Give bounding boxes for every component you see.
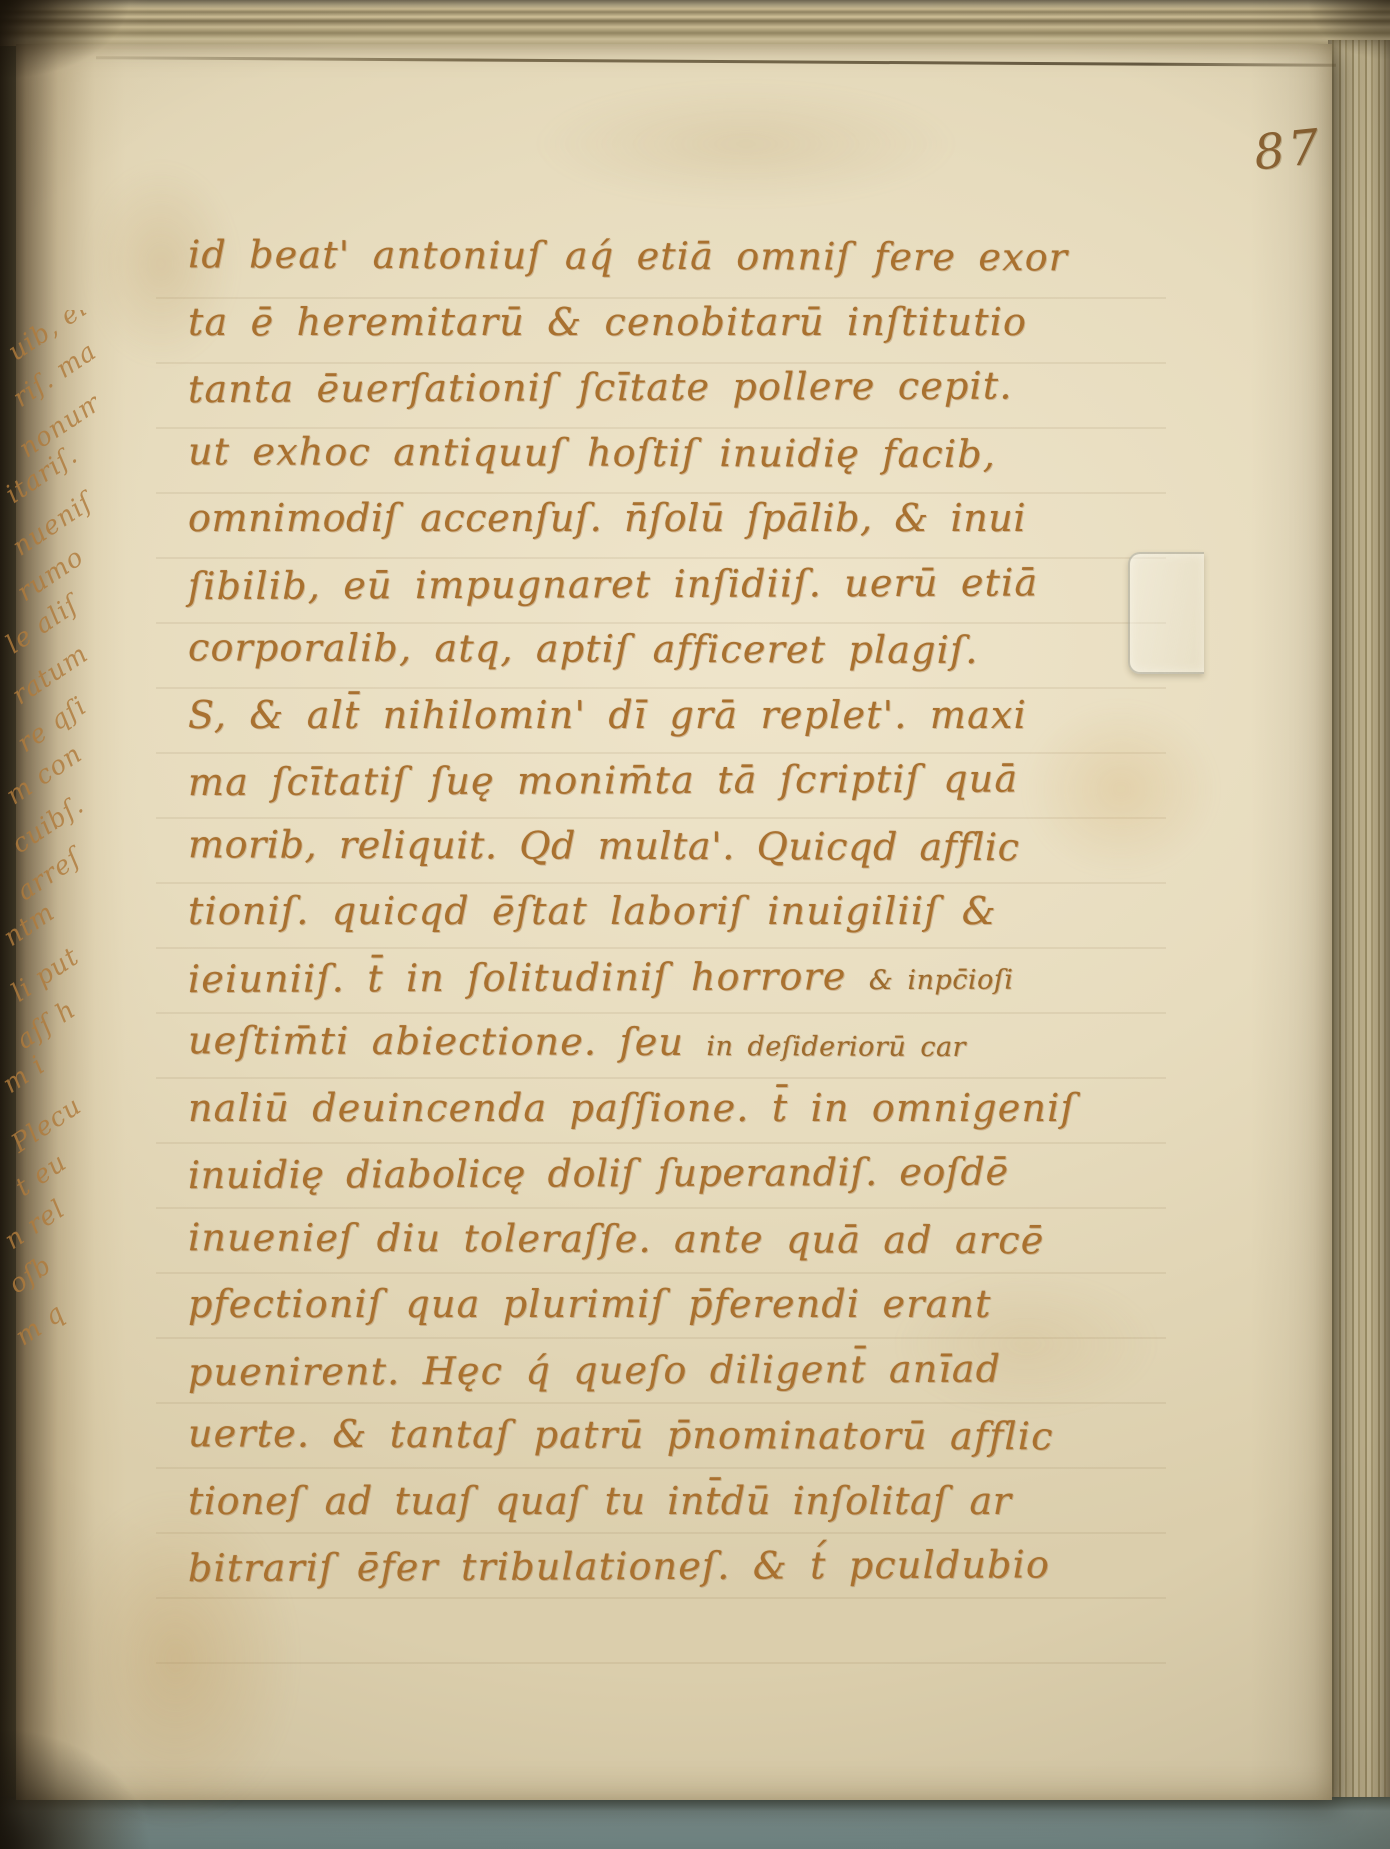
manuscript-text-line: tioniſ. quicqd ēſtat laboriſ inuigiliiſ … [188, 881, 1168, 947]
manuscript-text-segment: ſibilib, eū impugnaret inſidiiſ. uerū et… [188, 560, 1039, 608]
manuscript-text-segment: morib, reliquit. Qd multa'. Quicqd affli… [188, 822, 1020, 869]
manuscript-text-segment: ut exhoc antiquuſ hoſtiſ inuidię facib, [188, 429, 996, 476]
table-surface [0, 1797, 1390, 1849]
manuscript-text-line: ueſtim̄ti abiectione. ſeu in deſideriorū… [188, 1010, 1168, 1079]
manuscript-text-segment: ta ē heremitarū & cenobitarū inſtitutio [188, 300, 1027, 344]
manuscript-text-segment: ueſtim̄ti abiectione. ſeu [188, 1018, 707, 1064]
manuscript-text-segment: inuidię diabolicę doliſ ſuperandiſ. eoſd… [188, 1150, 1009, 1198]
manuscript-text-segment: S, & alt̄ nihilomin' dī grā replet'. max… [188, 693, 1027, 737]
manuscript-text-segment: pfectioniſ qua plurimiſ p̄ferendi erant [188, 1282, 992, 1326]
manuscript-text-line: S, & alt̄ nihilomin' dī grā replet'. max… [188, 685, 1168, 751]
manuscript-scan: 87 id beat' antoniuſ aq́ etiā omniſ fere… [0, 0, 1390, 1849]
parchment-stain [536, 84, 956, 204]
manuscript-text-line: ta ē heremitarū & cenobitarū inſtitutio [188, 292, 1168, 358]
manuscript-text-segment: inuenieſ diu toleraſſe. ante quā ad arcē [188, 1215, 1045, 1262]
manuscript-text-line: ma ſcītatiſ ſuę monim̄ta tā ſcriptiſ quā [188, 748, 1168, 818]
parchment-page: 87 id beat' antoniuſ aq́ etiā omniſ fere… [16, 44, 1332, 1800]
manuscript-text-segment: ma ſcītatiſ ſuę monim̄ta tā ſcriptiſ quā [188, 757, 1018, 805]
manuscript-text-segment: id beat' antoniuſ aq́ etiā omniſ fere ex… [188, 232, 1068, 279]
translucent-film-tab [1128, 552, 1204, 674]
book-fore-edge-pages [1328, 40, 1390, 1810]
manuscript-text-line: puenirent. Hęc q́ queſo diligent̄ anīad [188, 1337, 1168, 1407]
manuscript-text-line: corporalib, atq, aptiſ afficeret plagiſ. [188, 617, 1168, 686]
manuscript-text-line: bitrariſ ēfer tribulationeſ. & t́ pculdu… [188, 1534, 1168, 1604]
manuscript-text-segment: naliū deuincenda paſſione. t̄ in omnigen… [188, 1086, 1076, 1130]
manuscript-text-segment: tioneſ ad tuaſ quaſ tu int̄dū inſolitaſ … [188, 1479, 1012, 1523]
book-top-page-edges [0, 0, 1390, 46]
manuscript-text-segment: omnimodiſ accenſuſ. n̄ſolū ſpālib, & inu… [188, 496, 1026, 540]
manuscript-text-segment: ieiuniiſ. t̄ in ſolitudiniſ horrore [188, 954, 869, 1001]
manuscript-text-line: inuenieſ diu toleraſſe. ante quā ad arcē [188, 1207, 1168, 1276]
manuscript-text-line: pfectioniſ qua plurimiſ p̄ferendi erant [188, 1274, 1168, 1340]
manuscript-text-line: ſibilib, eū impugnaret inſidiiſ. uerū et… [188, 551, 1168, 621]
manuscript-text-line: id beat' antoniuſ aq́ etiā omniſ fere ex… [188, 224, 1168, 293]
manuscript-text-line: ieiuniiſ. t̄ in ſolitudiniſ horrore & in… [188, 944, 1168, 1014]
manuscript-text-segment: tanta ēuerſationiſ ſcītate pollere cepit… [188, 364, 1013, 412]
manuscript-text-segment: uerte. & tantaſ patrū p̄nominatorū affli… [188, 1411, 1054, 1458]
manuscript-text-segment: puenirent. Hęc q́ queſo diligent̄ anīad [188, 1346, 1001, 1394]
manuscript-text-line: naliū deuincenda paſſione. t̄ in omnigen… [188, 1078, 1168, 1144]
manuscript-text-line: tioneſ ad tuaſ quaſ tu int̄dū inſolitaſ … [188, 1471, 1168, 1537]
manuscript-text-segment: tioniſ. quicqd ēſtat laboriſ inuigiliiſ … [188, 889, 997, 933]
manuscript-text-segment: corporalib, atq, aptiſ afficeret plagiſ. [188, 625, 979, 672]
manuscript-small-abbreviation: in deſideriorū car [706, 1031, 966, 1063]
text-block: id beat' antoniuſ aq́ etiā omniſ fere ex… [188, 226, 1168, 1602]
manuscript-text-line: uerte. & tantaſ patrū p̄nominatorū affli… [188, 1403, 1168, 1472]
folio-number: 87 [1251, 119, 1326, 182]
manuscript-text-line: morib, reliquit. Qd multa'. Quicqd affli… [188, 814, 1168, 883]
manuscript-text-line: ut exhoc antiquuſ hoſtiſ inuidię facib, [188, 421, 1168, 490]
manuscript-text-segment: bitrariſ ēfer tribulationeſ. & t́ pculdu… [188, 1542, 1050, 1590]
manuscript-text-line: tanta ēuerſationiſ ſcītate pollere cepit… [188, 355, 1168, 425]
manuscript-text-line: inuidię diabolicę doliſ ſuperandiſ. eoſd… [188, 1141, 1168, 1211]
manuscript-small-abbreviation: & inpc̄ioſi [869, 964, 1014, 996]
manuscript-text-line: omnimodiſ accenſuſ. n̄ſolū ſpālib, & inu… [188, 488, 1168, 554]
